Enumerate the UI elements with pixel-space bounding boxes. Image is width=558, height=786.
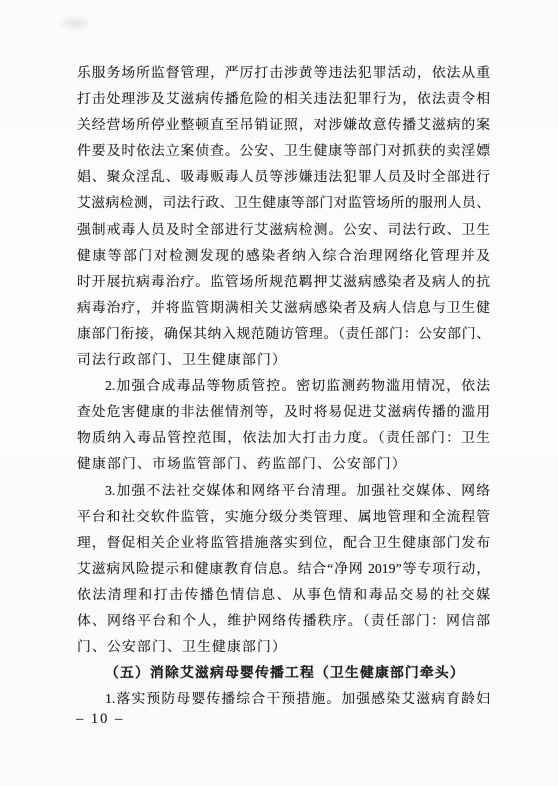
text-line: 体、网络平台和个人，维护网络传播秩序。（责任部门：网信部 (77, 608, 490, 634)
text-line: 强制戒毒人员及时全部进行艾滋病检测。公安、司法行政、卫生 (77, 217, 490, 243)
text-line: 查处危害健康的非法催情剂等，及时将易促进艾滋病传播的滥用 (77, 399, 490, 425)
text-line: 1.落实预防母婴传播综合干预措施。加强感染艾滋病育龄妇 (77, 686, 490, 712)
text-line: 健康等部门对检测发现的感染者纳入综合治理网络化管理并及 (77, 243, 490, 269)
text-line: 时开展抗病毒治疗。监管场所规范羁押艾滋病感染者及病人的抗 (77, 269, 490, 295)
text-line: 依法清理和打击传播色情信息、从事色情和毒品交易的社交媒 (77, 582, 490, 608)
text-line: 打击处理涉及艾滋病传播危险的相关违法犯罪行为，依法责令相 (77, 86, 490, 112)
text-line: 3.加强不法社交媒体和网络平台清理。加强社交媒体、网络 (77, 478, 490, 504)
text-line: 平台和社交软件监管，实施分级分类管理、属地管理和全流程管 (77, 504, 490, 530)
text-line: （五）消除艾滋病母婴传播工程（卫生健康部门牵头） (77, 660, 490, 686)
text-line: 理，督促相关企业将监管措施落实到位，配合卫生健康部门发布 (77, 530, 490, 556)
text-line: 健康部门、市场监管部门、药监部门、公安部门） (77, 451, 490, 477)
text-line: 病毒治疗，并将监管期满相关艾滋病感染者及病人信息与卫生健 (77, 295, 490, 321)
text-line: 门、公安部门、卫生健康部门） (77, 634, 490, 660)
text-line: 关经营场所停业整顿直至吊销证照，对涉嫌故意传播艾滋病的案 (77, 112, 490, 138)
text-line: 物质纳入毒品管控范围，依法加大打击力度。（责任部门：卫生 (77, 425, 490, 451)
page-number: – 10 – (76, 708, 124, 730)
document-page: 乐服务场所监督管理，严厉打击涉黄等违法犯罪活动，依法从重打击处理涉及艾滋病传播危… (0, 0, 558, 786)
text-line: 康部门衔接，确保其纳入规范随访管理。（责任部门：公安部门、 (77, 321, 490, 347)
scan-smudge (58, 14, 92, 32)
text-line: 2.加强合成毒品等物质管控。密切监测药物滥用情况，依法 (77, 373, 490, 399)
text-line: 件要及时依法立案侦查。公安、卫生健康等部门对抓获的卖淫嫖 (77, 138, 490, 164)
text-lines: 乐服务场所监督管理，严厉打击涉黄等违法犯罪活动，依法从重打击处理涉及艾滋病传播危… (77, 60, 490, 712)
text-line: 司法行政部门、卫生健康部门） (77, 347, 490, 373)
text-line: 娼、聚众淫乱、吸毒贩毒人员等涉嫌违法犯罪人员及时全部进行 (77, 164, 490, 190)
text-line: 艾滋病风险提示和健康教育信息。结合“净网 2019”等专项行动， (77, 556, 490, 582)
text-line: 艾滋病检测，司法行政、卫生健康等部门对监管场所的服刑人员、 (77, 190, 490, 216)
text-line: 乐服务场所监督管理，严厉打击涉黄等违法犯罪活动，依法从重 (77, 60, 490, 86)
